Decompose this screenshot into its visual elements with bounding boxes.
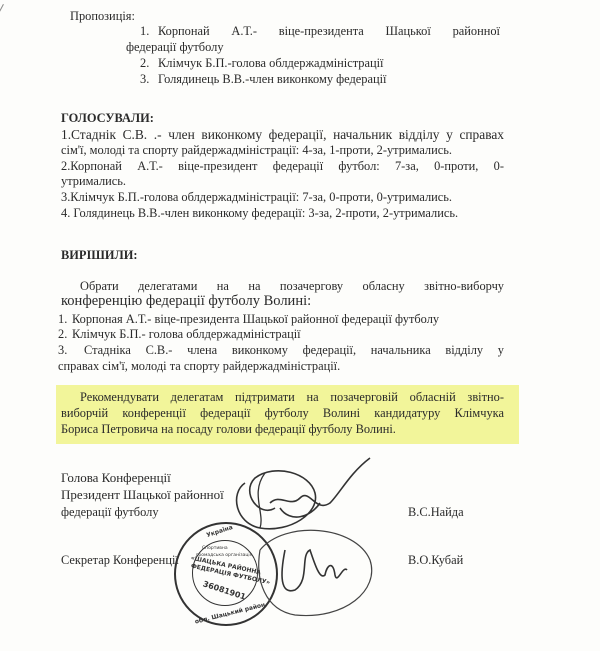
delegate-3-line1: Стадніка С.В.- члена виконкому федерації… (84, 343, 504, 358)
recommendation-line2: виборчій конференції федерації футболу В… (61, 406, 504, 421)
proposal-3-num: 3. (140, 72, 149, 87)
delegate-3-num: 3. (58, 343, 67, 358)
chair-title-line1: Голова Конференції (61, 470, 171, 485)
proposal-1-line2: федерації футболу (126, 40, 224, 55)
secretary-label: Секретар Конференції (61, 553, 179, 568)
vote-3-line1: 3.Клімчук Б.П.-голова облдержадміністрац… (61, 190, 452, 205)
proposal-2-num: 2. (140, 56, 149, 71)
chair-name: В.С.Найда (408, 505, 464, 520)
vote-2-line2: утримались. (61, 174, 126, 189)
vote-4-line1: 4. Голядинець В.В.-член виконкому федера… (61, 206, 458, 221)
vote-1-line1: 1.Стаднік С.В. .- член виконкому федерац… (61, 127, 504, 142)
decided-intro-line1: Обрати делегатами на на позачергову обла… (80, 279, 504, 294)
vote-2-line1: 2.Корпонай А.Т.- віце-президент федераці… (61, 159, 504, 174)
delegate-1-num: 1. (58, 312, 67, 327)
delegate-3-line2: справах сім'ї, молоді та спорту райдержа… (58, 359, 340, 374)
secretary-name: В.О.Кубай (408, 553, 463, 568)
pen-mark (0, 4, 4, 24)
recommendation-line1: Рекомендувати делегатам підтримати на по… (80, 390, 504, 405)
vote-1-line2: сім'ї, молоді та спорту райдержадміністр… (61, 143, 452, 158)
chair-title-line3: федерації футболу (61, 505, 159, 520)
secretary-signature (255, 520, 385, 630)
chair-title-line2: Президент Шацької районної (61, 487, 224, 502)
delegate-2-num: 2. (58, 327, 67, 342)
decided-heading: ВИРІШИЛИ: (61, 248, 138, 263)
decided-intro-line2: конференцію федерації футболу Волині: (61, 294, 311, 309)
proposal-1-line1: Корпонай А.Т.- віце-президента Шацької р… (158, 24, 500, 39)
proposal-3-text: Голядинець В.В.-член виконкому федерації (158, 72, 387, 87)
proposal-1-num: 1. (140, 24, 149, 39)
delegate-2-text: Клімчук Б.П.- голова облдержадміністраці… (72, 327, 301, 342)
voted-heading: ГОЛОСУВАЛИ: (61, 111, 154, 126)
proposal-2-text: Клімчук Б.П.-голова облдержадміністрації (158, 56, 384, 71)
proposals-heading: Пропозиція: (70, 9, 135, 24)
document-page: Пропозиція: 1. Корпонай А.Т.- віце-прези… (0, 0, 600, 651)
recommendation-line3: Бориса Петровича на посаду голови федера… (61, 422, 396, 437)
delegate-1-text: Корпоная А.Т.- віце-президента Шацької р… (72, 312, 439, 327)
